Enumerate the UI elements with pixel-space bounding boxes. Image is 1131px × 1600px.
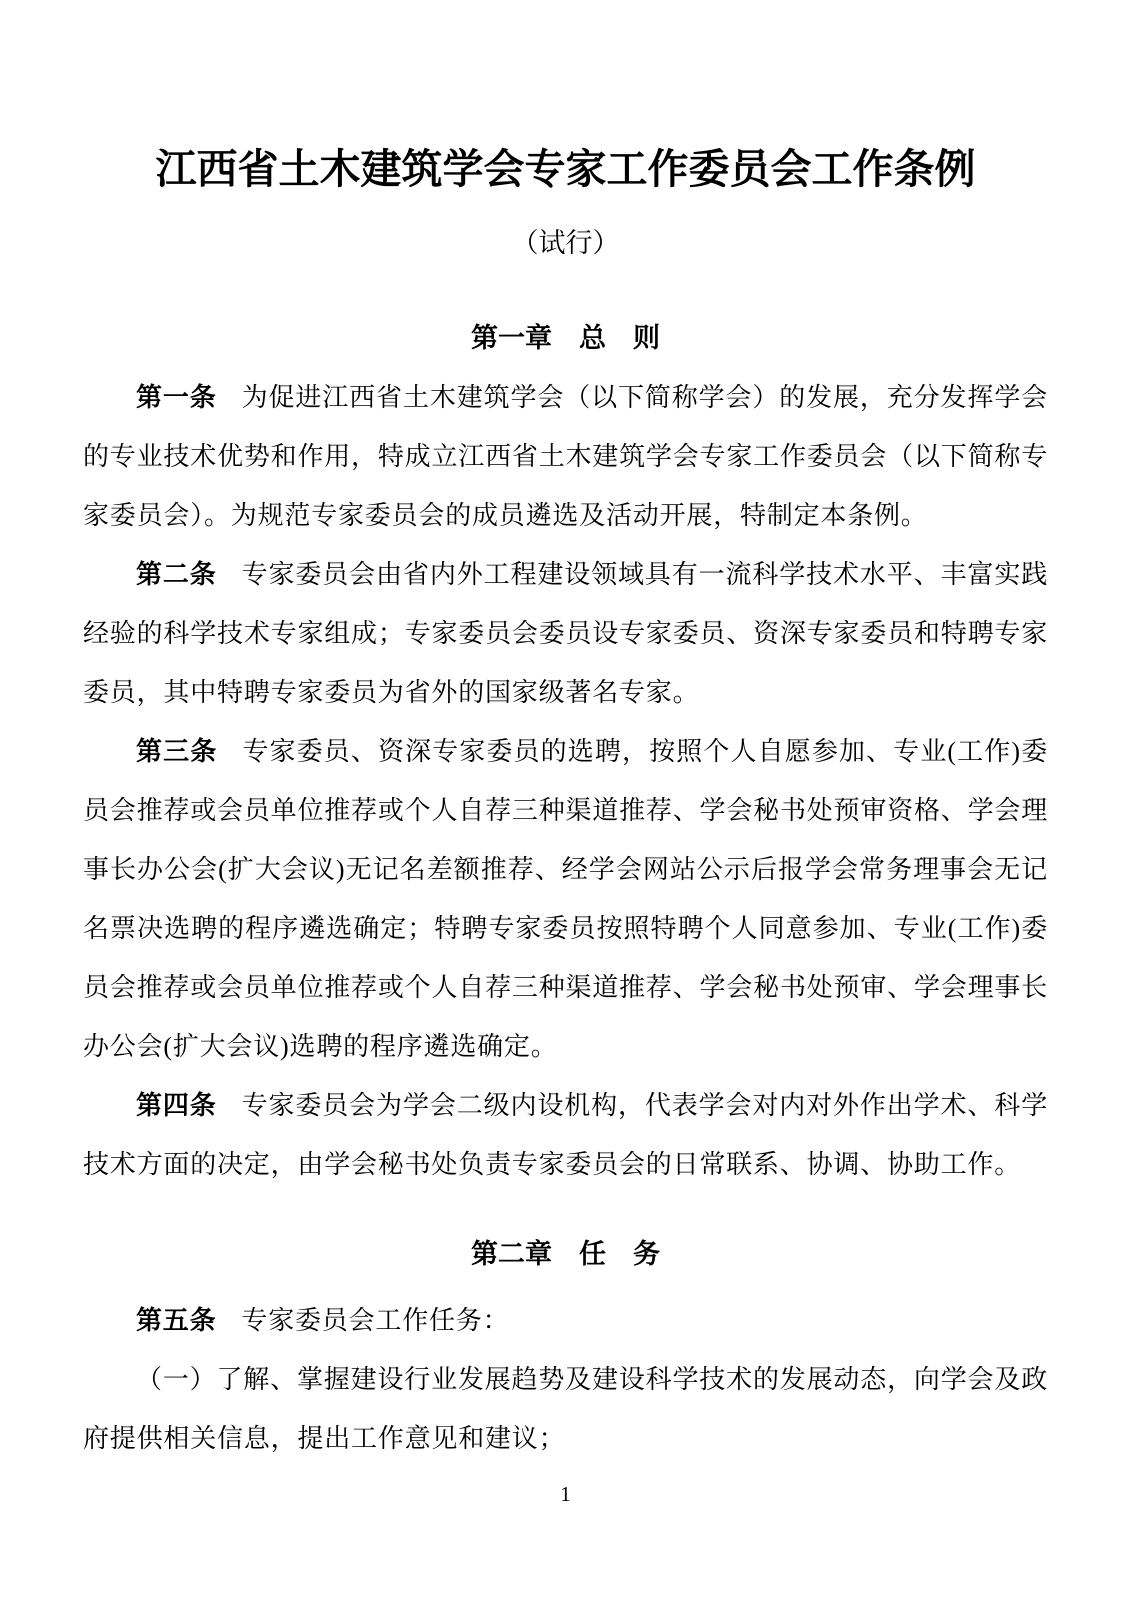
- article-2-paragraph: 第二条专家委员会由省内外工程建设领域具有一流科学技术水平、丰富实践经验的科学技术…: [83, 545, 1048, 722]
- article-2-label: 第二条: [136, 559, 217, 589]
- article-4-text: 专家委员会为学会二级内设机构，代表学会对内对外作出学术、科学技术方面的决定，由学…: [83, 1091, 1048, 1179]
- article-1-text: 为促进江西省土木建筑学会（以下简称学会）的发展，充分发挥学会的专业技术优势和作用…: [83, 383, 1048, 530]
- article-5-paragraph: 第五条专家委员会工作任务：: [83, 1291, 1048, 1350]
- document-content: 江西省土木建筑学会专家工作委员会工作条例 （试行） 第一章 总 则 第一条为促进…: [83, 0, 1048, 1468]
- article-5-item-1: （一）了解、掌握建设行业发展趋势及建设科学技术的发展动态，向学会及政府提供相关信…: [83, 1350, 1048, 1468]
- article-2-text: 专家委员会由省内外工程建设领域具有一流科学技术水平、丰富实践经验的科学技术专家组…: [83, 560, 1048, 707]
- article-1-label: 第一条: [136, 382, 217, 412]
- article-3-paragraph: 第三条专家委员、资深专家委员的选聘，按照个人自愿参加、专业(工作)委员会推荐或会…: [83, 722, 1048, 1076]
- article-4-label: 第四条: [136, 1090, 217, 1120]
- chapter-1-heading: 第一章 总 则: [83, 309, 1048, 368]
- article-4-paragraph: 第四条专家委员会为学会二级内设机构，代表学会对内对外作出学术、科学技术方面的决定…: [83, 1076, 1048, 1194]
- chapter-2-heading: 第二章 任 务: [83, 1225, 1048, 1284]
- article-1-paragraph: 第一条为促进江西省土木建筑学会（以下简称学会）的发展，充分发挥学会的专业技术优势…: [83, 368, 1048, 545]
- document-subtitle: （试行）: [83, 223, 1048, 263]
- document-page: 江西省土木建筑学会专家工作委员会工作条例 （试行） 第一章 总 则 第一条为促进…: [0, 0, 1131, 1600]
- page-number: 1: [0, 1482, 1131, 1506]
- article-5-item-1-text: （一）了解、掌握建设行业发展趋势及建设科学技术的发展动态，向学会及政府提供相关信…: [83, 1365, 1048, 1453]
- article-5-text: 专家委员会工作任务：: [241, 1306, 509, 1335]
- article-5-label: 第五条: [136, 1305, 216, 1335]
- article-3-label: 第三条: [136, 736, 217, 766]
- article-3-text: 专家委员、资深专家委员的选聘，按照个人自愿参加、专业(工作)委员会推荐或会员单位…: [83, 737, 1048, 1061]
- document-title: 江西省土木建筑学会专家工作委员会工作条例: [83, 140, 1048, 198]
